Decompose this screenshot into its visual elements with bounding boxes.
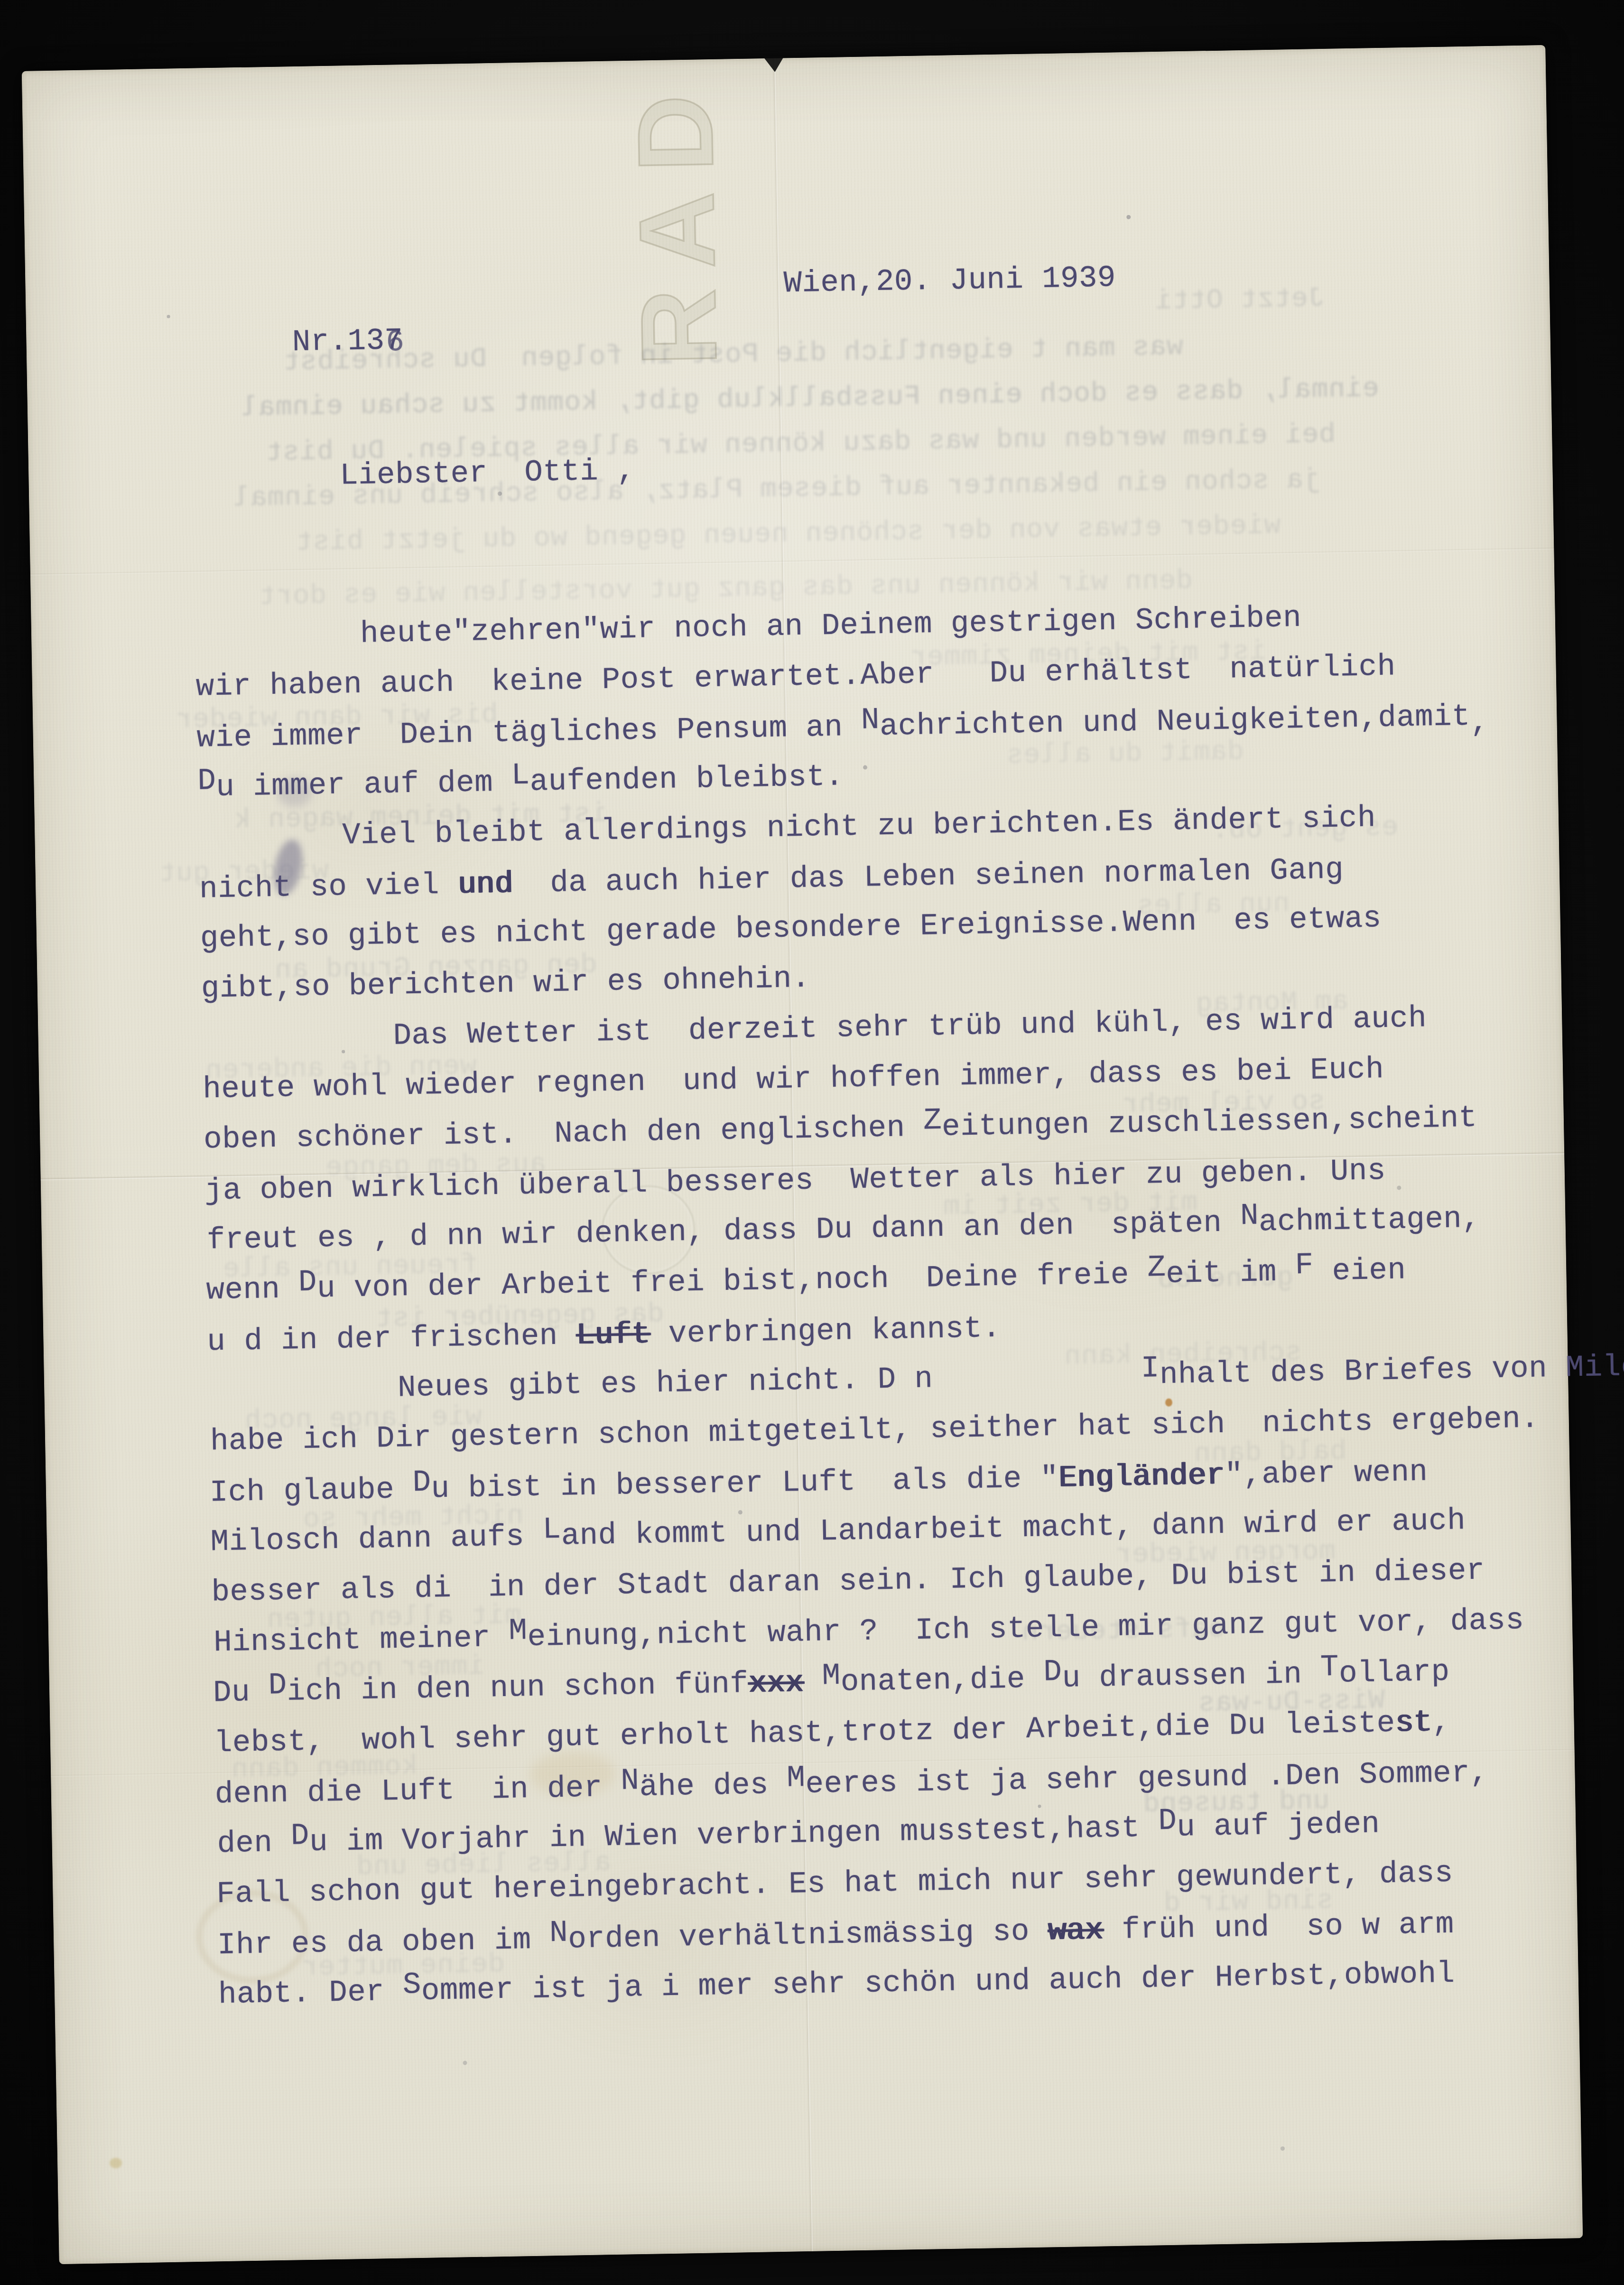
letter-number: Nr.137 — [292, 324, 403, 360]
letter-page: RAD Jetzt Ottiwas man t eigentlich die P… — [22, 45, 1583, 2264]
letter-header: Nr.137 Wien,20. Juni 1939 — [25, 246, 1552, 473]
scan-background: { "colors": { "background": "#0a0a0a", "… — [0, 0, 1624, 2285]
salutation: Liebster Otti , — [340, 446, 636, 502]
typewritten-layer: Nr.137 Wien,20. Juni 1939 Liebster Otti … — [22, 45, 1583, 2264]
dateline: Wien,20. Juni 1939 — [783, 253, 1116, 309]
letter-body: heute"zehren"wir noch an Deinem gestrige… — [195, 587, 1624, 2020]
